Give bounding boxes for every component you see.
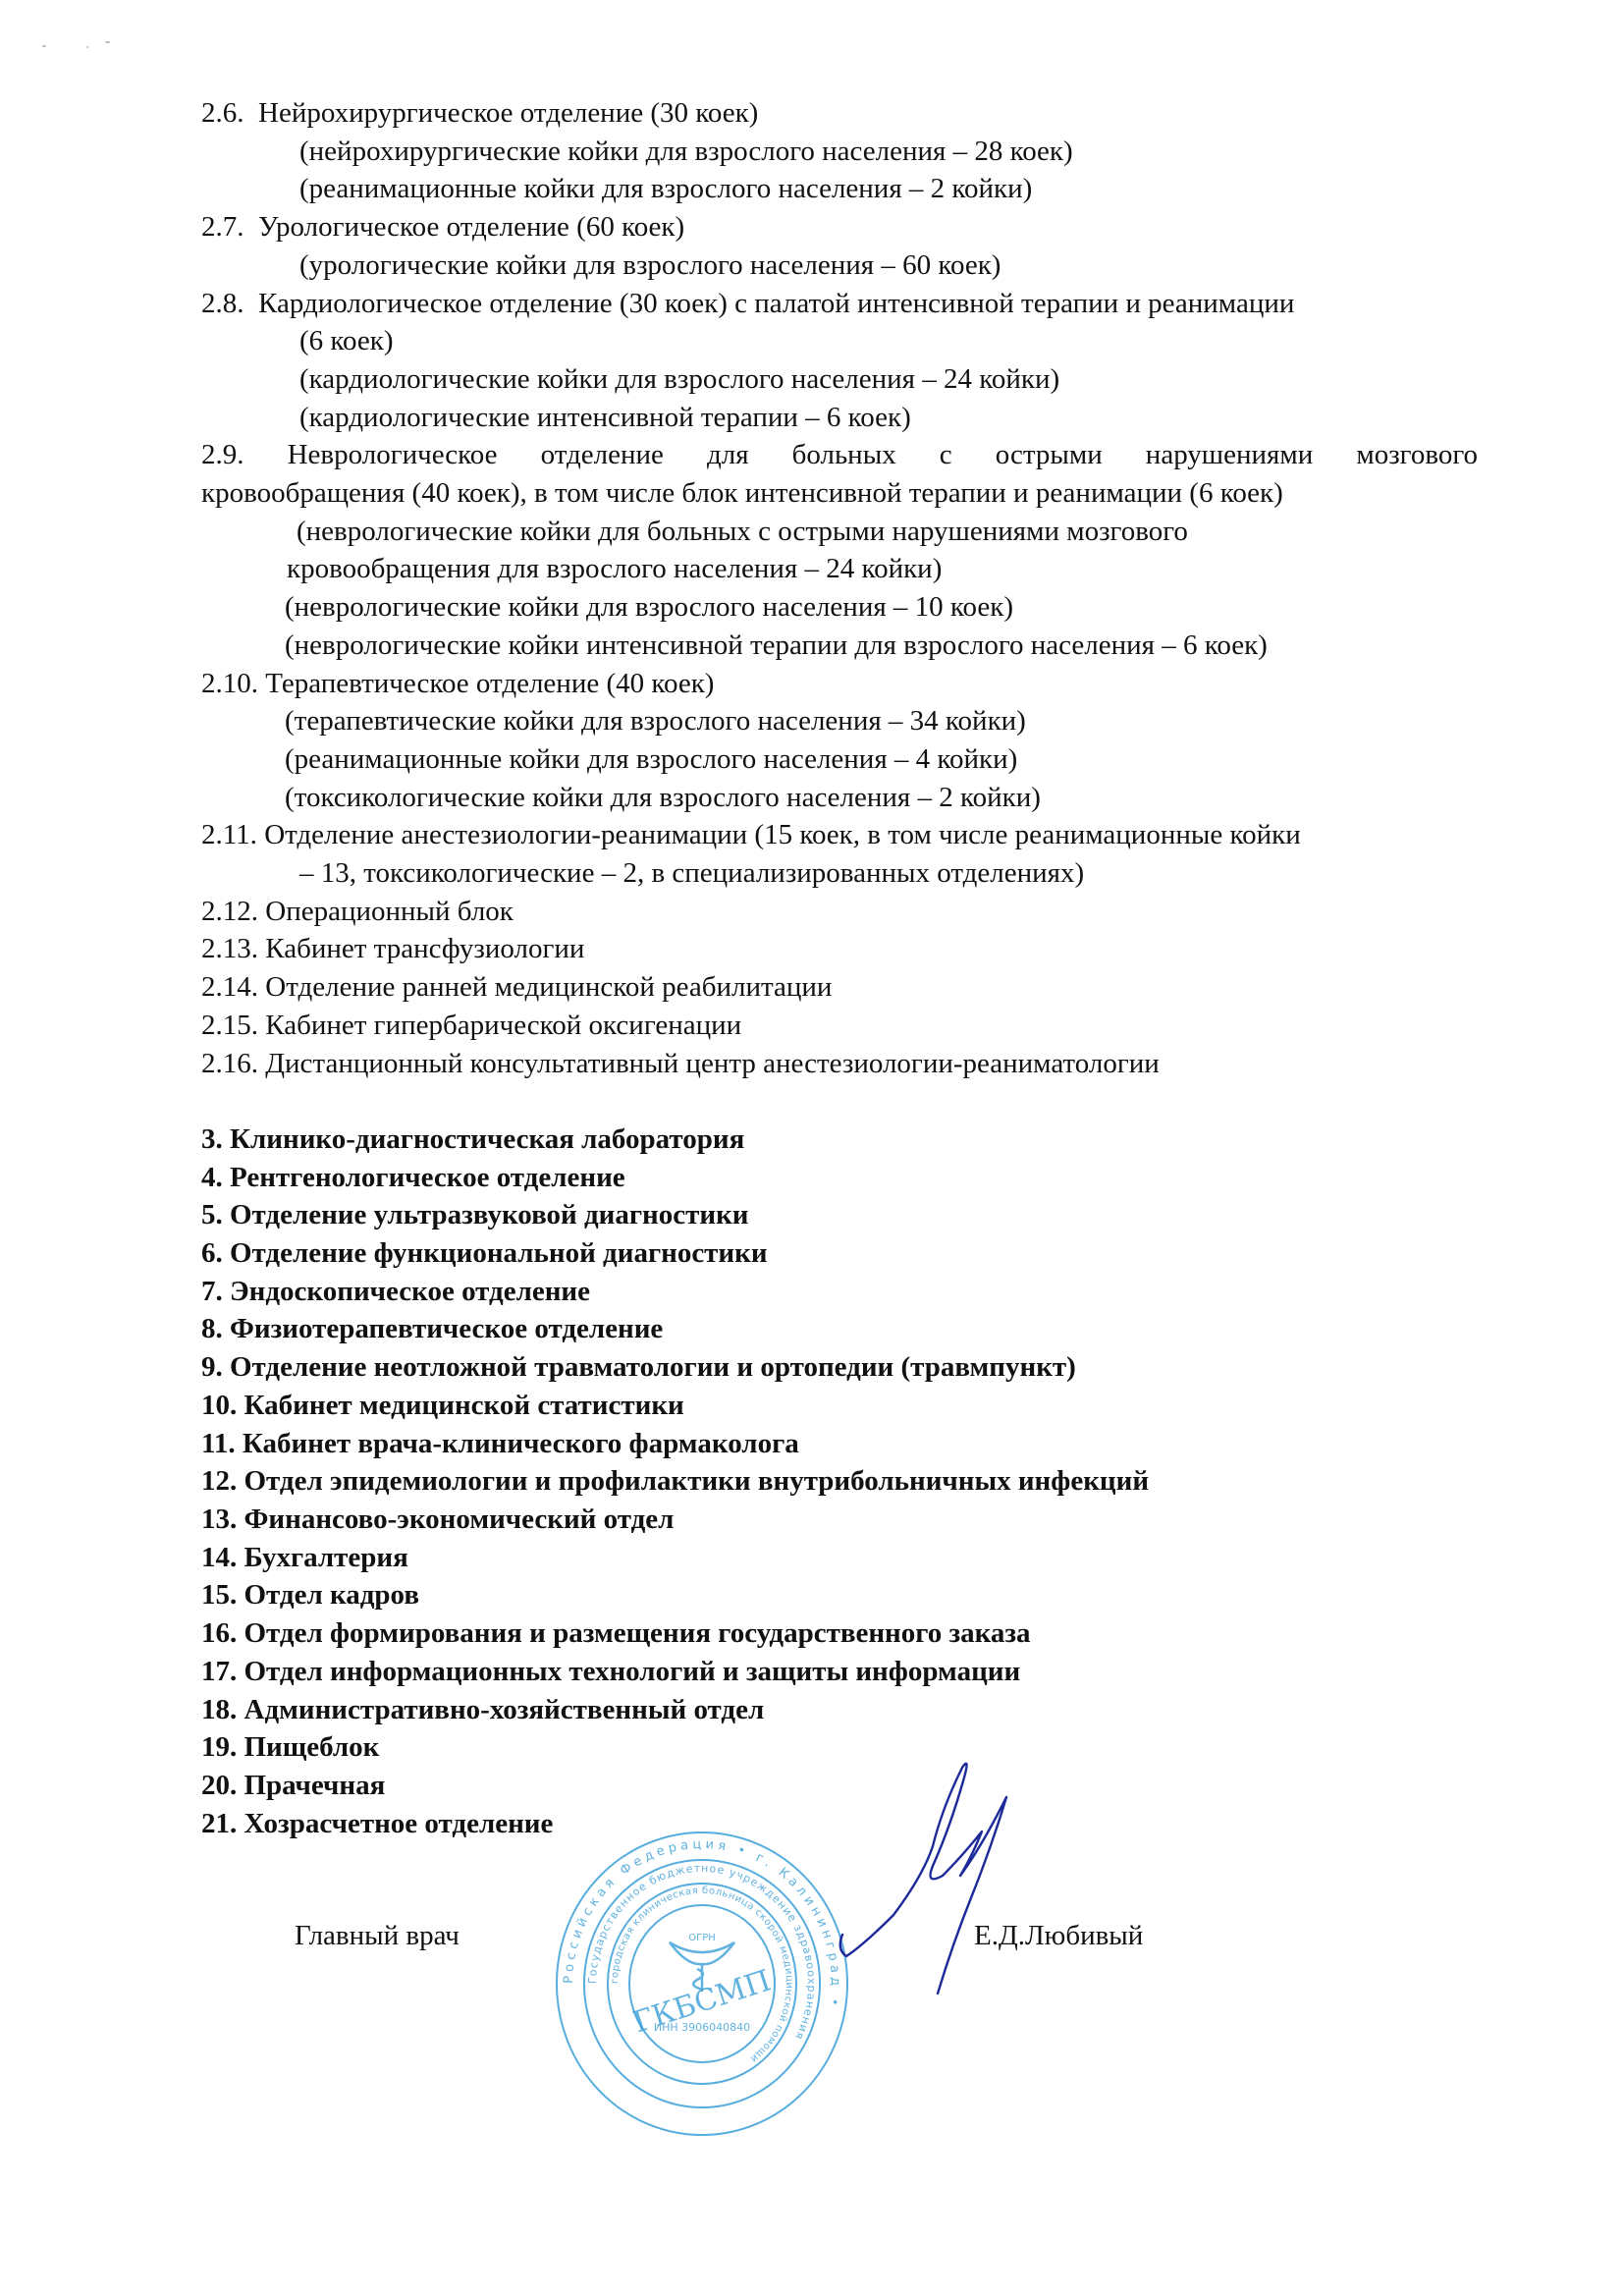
subsection-detail: (реанимационные койки для взрослого насе… [201,740,1478,779]
subsection-number: 2.7. [201,211,244,243]
subsection-detail: кровообращения для взрослого населения –… [201,550,1478,588]
main-item: 11. Кабинет врача-клинического фармаколо… [201,1425,1478,1463]
section-gap [201,1082,1478,1121]
subsection-number: 2.6. [201,97,244,129]
subsection-detail: (кардиологические интенсивной терапии – … [201,399,1478,437]
signatory-name: Е.Д.Любивый [974,1920,1143,1952]
official-stamp: Российская Федерация • г. Калининград • … [550,1827,854,2141]
subsection-number: 2.8. [201,288,244,319]
subsection-detail: (реанимационные койки для взрослого насе… [201,170,1478,208]
document-page: 2.6. Нейрохирургическое отделение (30 ко… [0,0,1623,2296]
subsection-title: Отделение анестезиологии-реанимации (15 … [264,819,1301,850]
subsection-title: Отделение ранней медицинской реабилитаци… [265,971,832,1003]
subsection-title: Кабинет трансфузиологии [265,933,584,964]
document-body: 2.6. Нейрохирургическое отделение (30 ко… [201,94,1478,1842]
subsection-title: Терапевтическое отделение (40 коек) [265,668,714,699]
scan-speck [105,41,110,43]
subsection-title: Нейрохирургическое отделение (30 коек) [258,97,758,129]
main-item: 18. Административно-хозяйственный отдел [201,1691,1478,1729]
subsection-number: 2.10. [201,668,258,699]
main-item: 4. Рентгенологическое отделение [201,1159,1478,1197]
subsection-2-7: 2.7. Урологическое отделение (60 коек) [201,208,1478,246]
subsection-2-14: 2.14. Отделение ранней медицинской реаби… [201,968,1478,1007]
main-item: 9. Отделение неотложной травматологии и … [201,1348,1478,1387]
main-item: 15. Отдел кадров [201,1576,1478,1614]
subsection-title: Кабинет гипербарической оксигенации [265,1010,741,1041]
subsection-title: Операционный блок [265,896,514,927]
main-item: 14. Бухгалтерия [201,1539,1478,1577]
scan-speck [86,46,88,48]
signature-block: Главный врач Е.Д.Любивый [0,1920,1623,1959]
subsection-detail: (кардиологические койки для взрослого на… [201,360,1478,399]
subsection-2-11: 2.11. Отделение анестезиологии-реанимаци… [201,816,1478,854]
subsection-title-continued: – 13, токсикологические – 2, в специализ… [201,854,1478,893]
subsection-detail: (неврологические койки для взрослого нас… [201,588,1478,627]
main-item: 10. Кабинет медицинской статистики [201,1387,1478,1425]
main-item: 8. Физиотерапевтическое отделение [201,1310,1478,1348]
subsection-2-13: 2.13. Кабинет трансфузиологии [201,930,1478,968]
subsection-detail: (неврологические койки для больных с ост… [201,513,1478,551]
main-item: 17. Отдел информационных технологий и за… [201,1653,1478,1691]
main-item: 3. Клинико-диагностическая лаборатория [201,1121,1478,1159]
subsection-number: 2.12. [201,896,258,927]
subsection-number: 2.16. [201,1048,258,1079]
main-item: 6. Отделение функциональной диагностики [201,1234,1478,1273]
main-item: 12. Отдел эпидемиологии и профилактики в… [201,1462,1478,1501]
scan-speck [42,45,46,47]
main-item: 5. Отделение ультразвуковой диагностики [201,1196,1478,1234]
main-item: 16. Отдел формирования и размещения госу… [201,1614,1478,1653]
subsection-detail: (токсикологические койки для взрослого н… [201,779,1478,817]
signatory-title: Главный врач [295,1920,460,1952]
subsection-number: 2.11. [201,819,257,850]
subsection-2-15: 2.15. Кабинет гипербарической оксигенаци… [201,1007,1478,1045]
subsection-number: 2.15. [201,1010,258,1041]
handwritten-signature [835,1738,1070,2003]
subsection-2-10: 2.10. Терапевтическое отделение (40 коек… [201,665,1478,703]
subsection-detail: (неврологические койки интенсивной терап… [201,627,1478,665]
subsection-detail: (терапевтические койки для взрослого нас… [201,702,1478,740]
subsection-title: Кардиологическое отделение (30 коек) с п… [258,288,1294,319]
subsection-2-16: 2.16. Дистанционный консультативный цент… [201,1045,1478,1083]
subsection-title: Дистанционный консультативный центр анес… [265,1048,1160,1079]
subsection-title: Неврологическое отделение для больных с … [288,439,1478,470]
subsection-detail: (урологические койки для взрослого насел… [201,246,1478,285]
subsection-title-continued: кровообращения (40 коек), в том числе бл… [201,474,1478,513]
subsection-title: Урологическое отделение (60 коек) [258,211,684,243]
subsection-number: 2.9. [201,439,244,470]
subsection-2-6: 2.6. Нейрохирургическое отделение (30 ко… [201,94,1478,133]
subsection-number: 2.13. [201,933,258,964]
subsection-2-12: 2.12. Операционный блок [201,893,1478,931]
main-item: 7. Эндоскопическое отделение [201,1273,1478,1311]
subsection-detail: (нейрохирургические койки для взрослого … [201,133,1478,171]
subsection-2-8: 2.8. Кардиологическое отделение (30 коек… [201,285,1478,323]
main-item: 13. Финансово-экономический отдел [201,1501,1478,1539]
subsection-2-9: 2.9. Неврологическое отделение для больн… [201,436,1478,474]
subsection-title-continued: (6 коек) [201,322,1478,360]
subsection-number: 2.14. [201,971,258,1003]
